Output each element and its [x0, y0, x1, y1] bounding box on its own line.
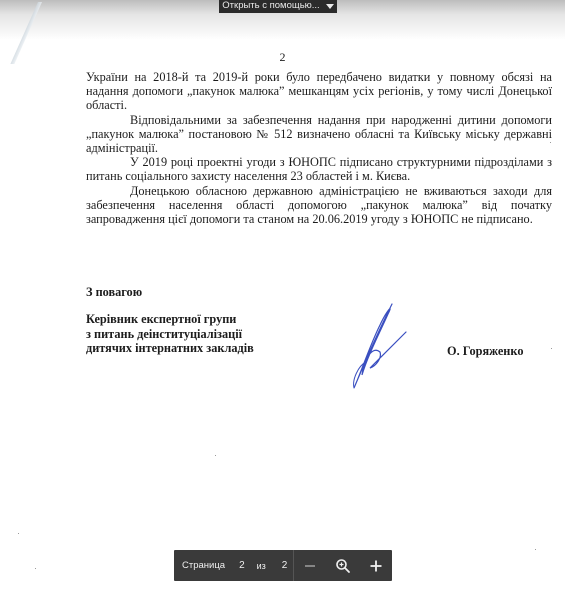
viewer-toolbar: Страница 2 из 2 [174, 550, 392, 581]
page-indicator: Страница 2 из 2 [174, 550, 294, 581]
total-pages: 2 [282, 560, 288, 571]
page-label: Страница [182, 560, 225, 571]
scan-speck [18, 533, 19, 534]
magnifier-plus-icon [335, 558, 351, 574]
position-line: дитячих інтернатних закладів [86, 341, 254, 356]
minus-icon [303, 559, 317, 573]
of-label: из [257, 561, 266, 571]
zoom-out-button[interactable] [299, 555, 321, 577]
paragraph: України на 2018-й та 2019-й роки було пе… [86, 70, 552, 113]
paragraph: Відповідальними за забезпечення надання … [86, 113, 552, 156]
scan-speck [535, 549, 536, 550]
document-page: 2 України на 2018-й та 2019-й роки було … [0, 0, 565, 590]
zoom-controls [294, 550, 392, 581]
closing-salutation: З повагою [86, 285, 142, 300]
paragraph: Донецькою обласною державною адміністрац… [86, 184, 552, 227]
current-page-input[interactable]: 2 [239, 560, 245, 571]
scan-speck [550, 142, 551, 143]
scan-speck [35, 568, 36, 569]
zoom-in-button[interactable] [365, 555, 387, 577]
handwritten-signature [340, 300, 420, 395]
signer-position: Керівник експертної групи з питань деінс… [86, 312, 254, 356]
signer-name: О. Горяженко [447, 344, 523, 359]
plus-icon [369, 559, 383, 573]
page-number: 2 [0, 50, 565, 65]
paragraph: У 2019 році проектні угоди з ЮНОПС підпи… [86, 155, 552, 183]
document-body: України на 2018-й та 2019-й роки було пе… [86, 70, 552, 226]
scan-speck [551, 348, 552, 349]
position-line: з питань деінституціалізації [86, 327, 254, 342]
scan-speck [215, 455, 216, 456]
zoom-button[interactable] [332, 555, 354, 577]
position-line: Керівник експертної групи [86, 312, 254, 327]
